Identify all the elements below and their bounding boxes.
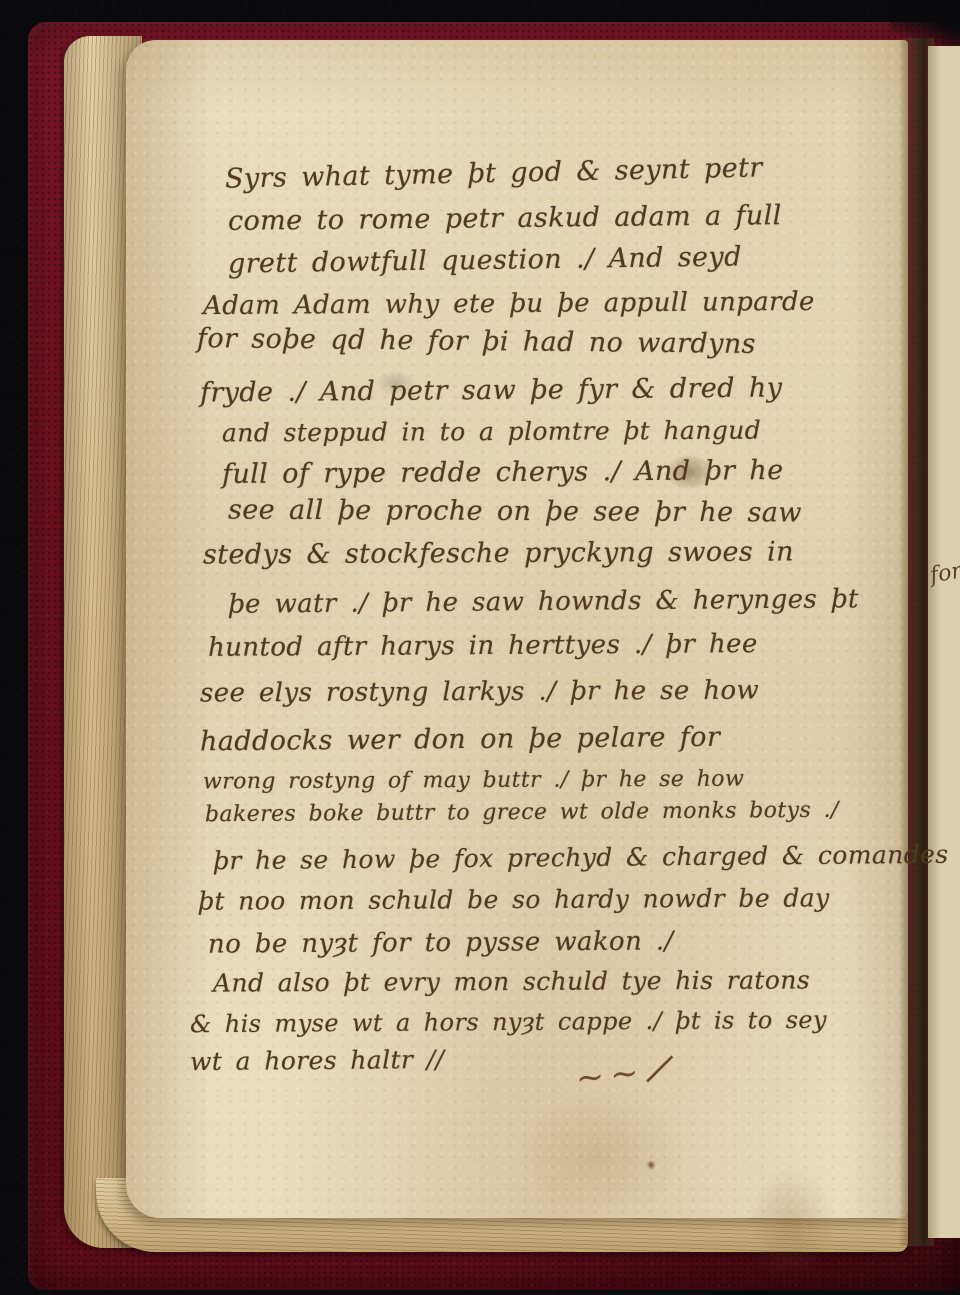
page-stain [516,1090,686,1220]
manuscript-page [126,40,908,1218]
facing-page-ink-mark: for [928,558,960,588]
facing-page-sliver: for [928,46,960,1238]
page-stain [376,370,416,396]
page-stain [666,455,712,489]
page-stain [646,1160,656,1170]
photograph-background: { "colors": { "background": "#0a090c", "… [0,0,960,1295]
